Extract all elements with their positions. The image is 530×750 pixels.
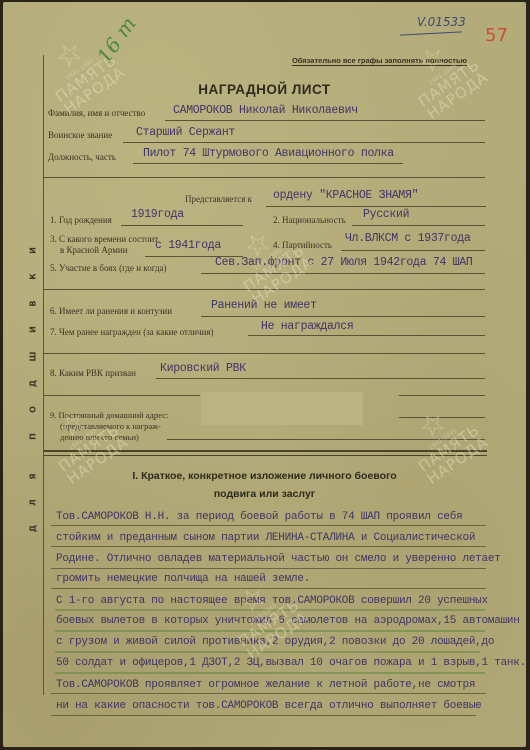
party-underline	[341, 250, 485, 251]
ruled-line	[51, 588, 486, 589]
pencil-underline	[55, 672, 485, 674]
address-label-3: дению или его семьи)	[60, 432, 139, 442]
watermark-text: ПАМЯТЬ	[416, 422, 482, 475]
award-sheet-page: Д Л Я П О Д Ш И В К И 16 т V.01533 57 Об…	[3, 2, 526, 747]
watermark: ☆ 1941-1945 ПАМЯТЬ НАРОДА	[395, 28, 491, 122]
address-label: 9. Постоянный домашний адрес:	[50, 410, 168, 420]
address-underline	[399, 417, 485, 418]
margin-char: Д	[29, 378, 38, 390]
nominated-underline	[266, 206, 486, 207]
battles-value: Сев.Зап.фронт с 27 Июля 1942года 74 ШАП	[215, 256, 472, 269]
ruled-line	[51, 546, 486, 547]
battles-label: 5. Участие в боях (где и когда)	[50, 263, 167, 273]
address-underline	[167, 439, 485, 440]
narrative-line: ни на какие опасности тов.САМОРОКОВ всег…	[56, 700, 482, 712]
section-heading: I. Краткое, конкретное изложение личного…	[3, 470, 526, 482]
rvk-label: 8. Каким РВК призван	[50, 368, 136, 378]
narrative-line: с грузом и живой силой противника,2 оруд…	[56, 636, 494, 648]
wounds-value: Ранений не имеет	[211, 299, 317, 312]
narrative-line: громить немецкие полчища на нашей земле.	[56, 573, 310, 585]
rank-label: Воинское звание	[48, 130, 112, 140]
document-title: НАГРАДНОЙ ЛИСТ	[3, 82, 526, 97]
wounds-underline	[201, 316, 485, 317]
margin-char: И	[29, 245, 38, 257]
rvk-underline	[156, 378, 485, 379]
party-value: Чл.ВЛКСМ с 1937года	[345, 232, 470, 245]
star-icon: ☆	[395, 393, 470, 458]
ruled-line	[51, 568, 486, 569]
position-value: Пилот 74 Штурмового Авиационного полка	[143, 147, 394, 160]
army-since-value: с 1941года	[155, 239, 221, 252]
divider-line	[399, 395, 485, 396]
handwritten-underline	[400, 31, 462, 35]
wounds-label: 6. Имеет ли ранения и контузии	[50, 306, 172, 316]
margin-char: П	[29, 431, 38, 443]
name-label: Фамилия, имя и отчество	[48, 108, 145, 118]
narrative-line: Тов.САМОРОКОВ Н.Н. за период боевой рабо…	[56, 511, 462, 523]
nationality-value: Русский	[363, 208, 409, 221]
previous-awards-value: Не награждался	[261, 320, 353, 333]
name-value: САМОРОКОВ Николай Николаевич	[173, 104, 358, 117]
nominated-value: ордену "КРАСНОЕ ЗНАМЯ"	[273, 189, 418, 202]
previous-awards-underline	[248, 335, 485, 336]
pencil-underline	[55, 609, 485, 611]
nominated-label: Представляется к	[185, 194, 252, 204]
divider-line	[44, 289, 485, 290]
handwritten-archive-number: V.01533	[417, 15, 466, 29]
narrative-line: боевых вылетов в которых уничтожил 6 сам…	[56, 615, 520, 627]
rank-value: Старший Сержант	[136, 126, 235, 139]
address-label-2: (представляемого к награж-	[60, 421, 161, 431]
ruled-line	[51, 525, 486, 526]
narrative-line: Тов.САМОРОКОВ проявляет огромное желание…	[56, 679, 475, 691]
margin-char: К	[29, 271, 38, 283]
birth-year-label: 1. Год рождения	[50, 215, 112, 225]
position-underline	[133, 163, 403, 164]
ruled-line	[51, 715, 476, 716]
narrative-line: стойким и преданным сыном партии ЛЕНИНА-…	[56, 532, 475, 544]
name-underline	[165, 120, 485, 121]
mandatory-note: Обязательно все графы заполнять полность…	[292, 56, 467, 66]
section-double-rule	[44, 450, 487, 456]
margin-char: Ш	[29, 351, 38, 363]
nationality-underline	[352, 225, 485, 226]
previous-awards-label: 7. Чем ранее награжден (за какие отличия…	[50, 327, 214, 337]
rank-underline	[123, 142, 485, 143]
ruled-line	[51, 693, 486, 694]
margin-char: В	[29, 298, 38, 310]
battles-underline	[201, 273, 485, 274]
narrative-line: Родине. Отлично овладев материальной час…	[56, 553, 501, 565]
position-label: Должность, часть	[48, 152, 116, 162]
redacted-address-block	[201, 392, 363, 425]
margin-char: Д	[29, 523, 38, 535]
army-since-label-2: в Красной Армии	[60, 245, 128, 255]
pencil-underline	[55, 651, 480, 653]
rvk-value: Кировский РВК	[160, 362, 246, 375]
handwritten-green-note: 16 т	[92, 12, 141, 67]
divider-line	[44, 177, 485, 178]
army-since-label: 3. С какого времени состоит	[50, 234, 158, 244]
pencil-underline	[55, 630, 485, 632]
birth-year-value: 1919года	[131, 208, 184, 221]
section-heading-2: подвига или заслуг	[3, 488, 526, 500]
nationality-label: 2. Национальность	[273, 215, 346, 225]
divider-line	[44, 353, 485, 354]
binding-margin-rule	[43, 55, 44, 695]
narrative-line: 50 солдат и офицеров,1 ДЗОТ,2 ЗЦ,вызвал …	[56, 657, 526, 669]
handwritten-red-number: 57	[485, 25, 508, 46]
divider-line	[44, 395, 200, 396]
birth-year-underline	[121, 225, 243, 226]
margin-char: И	[29, 324, 38, 336]
party-label: 4. Партийность	[273, 240, 332, 250]
narrative-line: С 1-го августа по настоящее время тов.СА…	[56, 595, 488, 607]
margin-char: О	[29, 404, 38, 416]
